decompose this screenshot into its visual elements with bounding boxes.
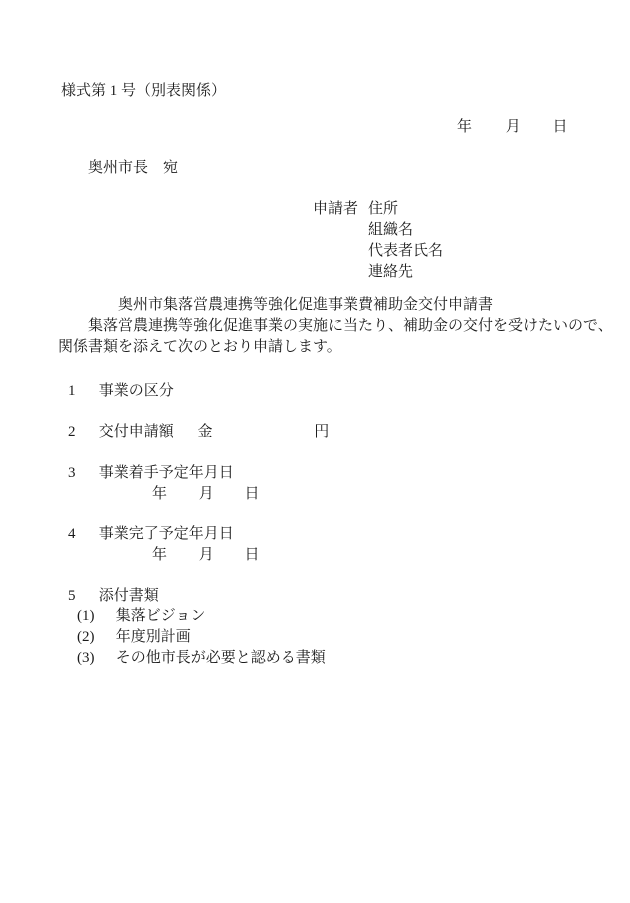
start-year-placeholder: 年 xyxy=(152,486,167,502)
applicant-field-representative: 代表者氏名 xyxy=(368,241,443,262)
item-4-date-placeholders: 年 月 日 xyxy=(152,548,260,563)
body-line-1: 集落営農連携等強化促進事業の実施に当たり、補助金の交付を受けたいので、 xyxy=(88,319,613,334)
item-2-label: 交付申請額 xyxy=(99,424,174,440)
applicant-field-contact: 連絡先 xyxy=(368,262,443,283)
attachment-3-number: (3) xyxy=(77,651,112,666)
date-day-placeholder: 日 xyxy=(553,120,568,135)
applicant-label: 申請者 xyxy=(313,202,358,217)
amount-prefix: 金 xyxy=(198,424,213,440)
attachment-item-annual-plan: (2) 年度別計画 xyxy=(77,630,191,645)
start-month-placeholder: 月 xyxy=(199,486,214,502)
body-line-2: 関係書類を添えて次のとおり申請します。 xyxy=(58,340,342,355)
item-5-attached-documents: 5 添付書類 xyxy=(68,589,159,604)
item-4-completion-date: 4 事業完了予定年月日 xyxy=(68,527,234,542)
item-3-date-placeholders: 年 月 日 xyxy=(152,487,260,502)
applicant-fields: 住所 組織名 代表者氏名 連絡先 xyxy=(368,199,443,283)
item-4-number: 4 xyxy=(68,527,95,542)
attachment-1-number: (1) xyxy=(77,609,112,624)
applicant-field-organization: 組織名 xyxy=(368,220,443,241)
item-1-number: 1 xyxy=(68,384,95,399)
date-line: 年 月 日 xyxy=(457,120,568,135)
start-day-placeholder: 日 xyxy=(245,486,260,502)
item-5-label: 添付書類 xyxy=(99,588,159,604)
completion-year-placeholder: 年 xyxy=(152,547,167,563)
item-1-business-category: 1 事業の区分 xyxy=(68,384,174,399)
item-3-number: 3 xyxy=(68,466,95,481)
item-2-number: 2 xyxy=(68,425,95,440)
item-3-start-date: 3 事業着手予定年月日 xyxy=(68,466,234,481)
date-year-placeholder: 年 xyxy=(457,120,472,135)
addressee: 奥州市長 宛 xyxy=(88,161,178,176)
applicant-field-address: 住所 xyxy=(368,199,443,220)
item-4-label: 事業完了予定年月日 xyxy=(99,526,234,542)
attachment-item-other-documents: (3) その他市長が必要と認める書類 xyxy=(77,651,326,666)
item-3-label: 事業着手予定年月日 xyxy=(99,465,234,481)
item-5-number: 5 xyxy=(68,589,95,604)
date-month-placeholder: 月 xyxy=(506,120,521,135)
attachment-3-label: その他市長が必要と認める書類 xyxy=(116,650,326,666)
document-title: 奥州市集落営農連携等強化促進事業費補助金交付申請書 xyxy=(118,298,493,313)
attachment-2-number: (2) xyxy=(77,630,112,645)
attachment-1-label: 集落ビジョン xyxy=(116,608,206,624)
attachment-item-vision: (1) 集落ビジョン xyxy=(77,609,205,624)
amount-suffix: 円 xyxy=(314,424,329,440)
completion-day-placeholder: 日 xyxy=(245,547,260,563)
completion-month-placeholder: 月 xyxy=(199,547,214,563)
form-number: 様式第 1 号（別表関係） xyxy=(61,84,226,99)
attachment-2-label: 年度別計画 xyxy=(116,629,191,645)
item-2-application-amount: 2 交付申請額 金 円 xyxy=(68,425,329,440)
item-1-label: 事業の区分 xyxy=(99,383,174,399)
document-page: 様式第 1 号（別表関係） 年 月 日 奥州市長 宛 申請者 住所 組織名 代表… xyxy=(0,0,630,903)
